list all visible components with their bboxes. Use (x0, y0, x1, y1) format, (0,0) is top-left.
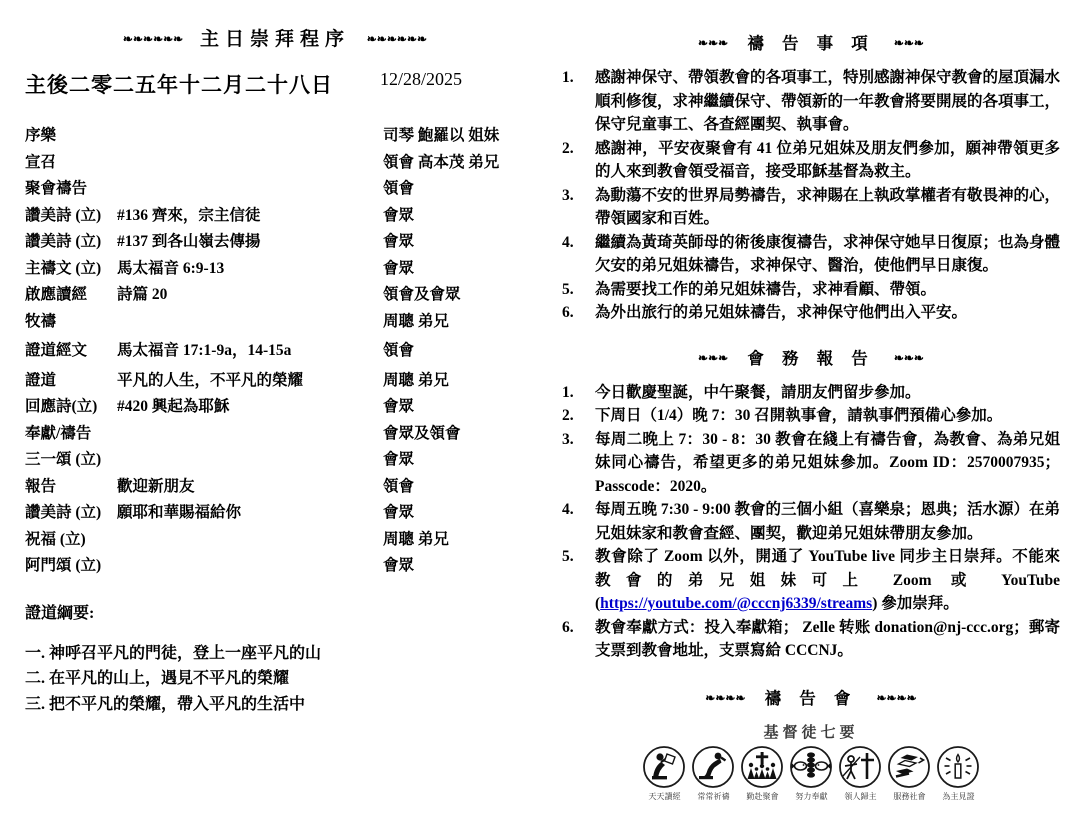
prayer-text: 為外出旅行的弟兄姐妹禱告，求神保守他們出入平安。 (595, 301, 1060, 325)
item-number: 1. (562, 381, 595, 405)
program-who: 周聰 弟兄 (383, 368, 525, 390)
page-title-text: 主日崇拜程序 (200, 29, 350, 50)
program-row: 三一頌 (立)會眾 (25, 447, 525, 474)
seven-item-evangelism: 領人歸主 (837, 745, 884, 802)
offering-icon (789, 745, 833, 789)
item-number: 3. (562, 428, 595, 499)
program-who: 會眾 (383, 553, 525, 575)
floral-ornament-icon: ❧❧❧❧❧❧ (123, 32, 183, 46)
program-row: 啟應讀經詩篇 20領會及會眾 (25, 282, 525, 309)
prayer-text: 為需要找工作的弟兄姐妹禱告，求神看顧、帶領。 (595, 278, 1060, 302)
item-number: 2. (562, 404, 595, 428)
church-affairs-header: ❧❧❧ 會 務 報 告 ❧❧❧ (562, 345, 1060, 369)
text-segment: 為需要找工作的弟兄姐妹禱告，求神看顧、帶領。 (595, 281, 936, 298)
floral-ornament-icon: ❧❧❧❧ (705, 691, 745, 705)
seven-essentials-icons: 天天讀經 常常祈禱 (562, 745, 1060, 802)
text-segment: 繼續為黃琦英師母的術後康復禱告，求神保守她早日復原；也為身體欠安的弟兄姐妹禱告，… (595, 234, 1060, 275)
program-detail: 詩篇 20 (117, 282, 383, 304)
program-row: 證道平凡的人生，不平凡的榮耀周聰 弟兄 (25, 368, 525, 395)
program-row: 祝福 (立)周聰 弟兄 (25, 527, 525, 554)
program-detail: #137 到各山嶺去傳揚 (117, 229, 383, 251)
text-segment: 為動蕩不安的世界局勢禱告，求神賜在上執政掌權者有敬畏神的心，帶領國家和百姓。 (595, 187, 1060, 228)
program-row: 聚會禱告領會 (25, 176, 525, 203)
announcement-item: 4.每周五晚 7:30 - 9:00 教會的三個小組（喜樂泉；恩典；活水源）在弟… (562, 498, 1060, 545)
program-item: 主禱文 (立) (25, 256, 117, 278)
text-segment: 下周日（1/4）晚 7：30 召開執事會，請執事們預備心參加。 (595, 407, 1002, 424)
prayer-text: 感謝神，平安夜聚會有 41 位弟兄姐妹及朋友們參加，願神帶領更多的人來到教會領受… (595, 137, 1060, 184)
announcement-item: 5.教會除了 Zoom 以外，開通了 YouTube live 同步主日崇拜。不… (562, 545, 1060, 616)
program-who: 領會 (383, 176, 525, 198)
announcement-text: 教會除了 Zoom 以外，開通了 YouTube live 同步主日崇拜。不能來… (595, 545, 1060, 616)
program-who: 領會 (383, 338, 525, 360)
prayer-item: 5.為需要找工作的弟兄姐妹禱告，求神看顧、帶領。 (562, 278, 1060, 302)
item-number: 5. (562, 545, 595, 616)
seven-item-label: 領人歸主 (838, 790, 883, 801)
program-item: 祝福 (立) (25, 527, 117, 549)
program-row: 宣召領會 高本茂 弟兄 (25, 150, 525, 177)
seven-item-offering: 努力奉獻 (788, 745, 835, 802)
date-numeric: 12/28/2025 (380, 69, 462, 90)
program-item: 宣召 (25, 150, 117, 172)
seven-item-serving: 服務社會 (886, 745, 933, 802)
announcement-text: 今日歡慶聖誕，中午聚餐，請朋友們留步參加。 (595, 381, 1060, 405)
item-number: 3. (562, 184, 595, 231)
program-row: 阿門頌 (立)會眾 (25, 553, 525, 580)
program-row: 奉獻/禱告會眾及領會 (25, 421, 525, 448)
program-who: 司琴 鮑羅以 姐妹 (383, 123, 525, 145)
bulletin-page: ❧❧❧❧❧❧ 主日崇拜程序 ❧❧❧❧❧❧ 主後二零二五年十二月二十八日 12/2… (0, 0, 1081, 817)
seven-item-witness: 為主見證 (935, 745, 982, 802)
evangelism-icon (838, 745, 882, 789)
floral-ornament-icon: ❧❧❧ (894, 351, 924, 365)
floral-ornament-icon: ❧❧❧ (894, 36, 924, 50)
prayer-item: 4.繼續為黃琦英師母的術後康復禱告，求神保守她早日復原；也為身體欠安的弟兄姐妹禱… (562, 231, 1060, 278)
program-row: 序樂司琴 鮑羅以 姐妹 (25, 123, 525, 150)
worship-program-column: ❧❧❧❧❧❧ 主日崇拜程序 ❧❧❧❧❧❧ 主後二零二五年十二月二十八日 12/2… (25, 24, 525, 717)
program-item: 聚會禱告 (25, 176, 117, 198)
floral-ornament-icon: ❧❧❧❧ (877, 691, 917, 705)
program-detail: #420 興起為耶穌 (117, 394, 383, 416)
item-number: 1. (562, 66, 595, 137)
program-item: 讚美詩 (立) (25, 203, 117, 225)
youtube-link[interactable]: https://youtube.com/@cccnj6339/streams (600, 595, 872, 612)
text-segment: 每周五晚 7:30 - 9:00 教會的三個小組（喜樂泉；恩典；活水源）在弟兄姐… (595, 501, 1060, 542)
program-who: 會眾 (383, 447, 525, 469)
program-detail: 願耶和華賜福給你 (117, 500, 383, 522)
church-affairs-header-text: 會 務 報 告 (747, 349, 874, 368)
prayer-meeting-header-text: 禱 告 會 (765, 689, 858, 708)
prayer-items-header: ❧❧❧ 禱 告 事 項 ❧❧❧ (562, 30, 1060, 54)
floral-ornament-icon: ❧❧❧ (698, 351, 728, 365)
program-item: 奉獻/禱告 (25, 421, 117, 443)
prayer-text: 感謝神保守、帶領教會的各項事工，特別感謝神保守教會的屋頂漏水順利修復，求神繼續保… (595, 66, 1060, 137)
announcement-text: 每周二晚上 7：30 - 8：30 教會在綫上有禱告會，為教會、為弟兄姐妹同心禱… (595, 428, 1060, 499)
announcement-text: 教會奉獻方式：投入奉獻箱； Zelle 转账 donation@nj-ccc.o… (595, 616, 1060, 663)
program-who: 會眾及領會 (383, 421, 525, 443)
floral-ornament-icon: ❧❧❧❧❧❧ (367, 32, 427, 46)
text-segment: 教會奉獻方式：投入奉獻箱； Zelle 转账 donation@nj-ccc.o… (595, 619, 1060, 660)
sermon-outline-title: 證道綱要: (25, 600, 525, 623)
announcement-text: 下周日（1/4）晚 7：30 召開執事會，請執事們預備心參加。 (595, 404, 1060, 428)
program-item: 讚美詩 (立) (25, 229, 117, 251)
page-title: ❧❧❧❧❧❧ 主日崇拜程序 ❧❧❧❧❧❧ (25, 24, 525, 51)
program-who: 會眾 (383, 394, 525, 416)
program-item: 三一頌 (立) (25, 447, 117, 469)
text-segment: 感謝神保守、帶領教會的各項事工，特別感謝神保守教會的屋頂漏水順利修復，求神繼續保… (595, 69, 1060, 133)
item-number: 2. (562, 137, 595, 184)
reading-icon (642, 745, 686, 789)
program-detail: #136 齊來，宗主信徒 (117, 203, 383, 225)
program-who: 會眾 (383, 500, 525, 522)
program-who: 領會及會眾 (383, 282, 525, 304)
seven-item-label: 勤赴聚會 (740, 790, 785, 801)
program-row: 回應詩(立)#420 興起為耶穌會眾 (25, 394, 525, 421)
prayer-item: 3.為動蕩不安的世界局勢禱告，求神賜在上執政掌權者有敬畏神的心，帶領國家和百姓。 (562, 184, 1060, 231)
praying-icon (691, 745, 735, 789)
church-affairs-list: 1.今日歡慶聖誕，中午聚餐，請朋友們留步參加。2.下周日（1/4）晚 7：30 … (562, 381, 1060, 663)
program-who: 會眾 (383, 256, 525, 278)
program-item: 證道 (25, 368, 117, 390)
prayer-item: 6.為外出旅行的弟兄姐妹禱告，求神保守他們出入平安。 (562, 301, 1060, 325)
text-segment: 今日歡慶聖誕，中午聚餐，請朋友們留步參加。 (595, 384, 921, 401)
text-segment: 為外出旅行的弟兄姐妹禱告，求神保守他們出入平安。 (595, 304, 967, 321)
announcement-item: 1.今日歡慶聖誕，中午聚餐，請朋友們留步參加。 (562, 381, 1060, 405)
announcements-column: ❧❧❧ 禱 告 事 項 ❧❧❧ 1.感謝神保守、帶領教會的各項事工，特別感謝神保… (562, 30, 1060, 802)
announcement-item: 2.下周日（1/4）晚 7：30 召開執事會，請執事們預備心參加。 (562, 404, 1060, 428)
prayer-text: 繼續為黃琦英師母的術後康復禱告，求神保守她早日復原；也為身體欠安的弟兄姐妹禱告，… (595, 231, 1060, 278)
program-row: 報告歡迎新朋友領會 (25, 474, 525, 501)
date-chinese: 主後二零二五年十二月二十八日 (25, 73, 333, 97)
program-item: 牧禱 (25, 309, 117, 331)
program-row: 讚美詩 (立)#136 齊來，宗主信徒會眾 (25, 203, 525, 230)
outline-point: 三. 把不平凡的榮耀，帶入平凡的生活中 (25, 692, 525, 718)
seven-item-label: 努力奉獻 (789, 790, 834, 801)
prayer-items-header-text: 禱 告 事 項 (747, 34, 874, 53)
item-number: 6. (562, 616, 595, 663)
prayer-text: 為動蕩不安的世界局勢禱告，求神賜在上執政掌權者有敬畏神的心，帶領國家和百姓。 (595, 184, 1060, 231)
announcement-text: 每周五晚 7:30 - 9:00 教會的三個小組（喜樂泉；恩典；活水源）在弟兄姐… (595, 498, 1060, 545)
item-number: 6. (562, 301, 595, 325)
program-item: 讚美詩 (立) (25, 500, 117, 522)
seven-item-label: 天天讀經 (642, 790, 687, 801)
seven-essentials-title: 基督徒七要 (562, 721, 1060, 742)
announcement-item: 3.每周二晚上 7：30 - 8：30 教會在綫上有禱告會，為教會、為弟兄姐妹同… (562, 428, 1060, 499)
program-who: 領會 (383, 474, 525, 496)
program-who: 會眾 (383, 229, 525, 251)
serving-icon (887, 745, 931, 789)
seven-essentials: 基督徒七要 天天讀經 (562, 721, 1060, 802)
program-who: 領會 高本茂 弟兄 (383, 150, 525, 172)
program-detail: 平凡的人生，不平凡的榮耀 (117, 368, 383, 390)
program-row: 讚美詩 (立)願耶和華賜福給你會眾 (25, 500, 525, 527)
seven-item-label: 常常祈禱 (691, 790, 736, 801)
text-segment: 每周二晚上 7：30 - 8：30 教會在綫上有禱告會，為教會、為弟兄姐妹同心禱… (595, 431, 1060, 495)
program-row: 讚美詩 (立)#137 到各山嶺去傳揚會眾 (25, 229, 525, 256)
program-item: 回應詩(立) (25, 394, 117, 416)
prayer-item: 1.感謝神保守、帶領教會的各項事工，特別感謝神保守教會的屋頂漏水順利修復，求神繼… (562, 66, 1060, 137)
seven-item-label: 服務社會 (887, 790, 932, 801)
text-segment: 感謝神，平安夜聚會有 41 位弟兄姐妹及朋友們參加，願神帶領更多的人來到教會領受… (595, 140, 1060, 181)
program-item: 序樂 (25, 123, 117, 145)
program-row: 牧禱周聰 弟兄 (25, 309, 525, 336)
program-detail: 馬太福音 6:9-13 (117, 256, 383, 278)
program-detail: 馬太福音 17:1-9a，14-15a (117, 338, 383, 360)
program-who: 周聰 弟兄 (383, 527, 525, 549)
seven-item-reading: 天天讀經 (641, 745, 688, 802)
seven-item-praying: 常常祈禱 (690, 745, 737, 802)
outline-point: 一. 神呼召平凡的門徒，登上一座平凡的山 (25, 641, 525, 667)
program-item: 啟應讀經 (25, 282, 117, 304)
prayer-items-list: 1.感謝神保守、帶領教會的各項事工，特別感謝神保守教會的屋頂漏水順利修復，求神繼… (562, 66, 1060, 325)
seven-item-label: 為主見證 (936, 790, 981, 801)
church-attendance-icon (740, 745, 784, 789)
program-who: 周聰 弟兄 (383, 309, 525, 331)
item-number: 5. (562, 278, 595, 302)
program-detail: 歡迎新朋友 (117, 474, 383, 496)
sermon-outline: 一. 神呼召平凡的門徒，登上一座平凡的山 二. 在平凡的山上，遇見不平凡的榮耀 … (25, 641, 525, 718)
prayer-item: 2.感謝神，平安夜聚會有 41 位弟兄姐妹及朋友們參加，願神帶領更多的人來到教會… (562, 137, 1060, 184)
item-number: 4. (562, 231, 595, 278)
program-list: 序樂司琴 鮑羅以 姐妹宣召領會 高本茂 弟兄聚會禱告領會讚美詩 (立)#136 … (25, 123, 525, 580)
program-item: 報告 (25, 474, 117, 496)
outline-point: 二. 在平凡的山上，遇見不平凡的榮耀 (25, 666, 525, 692)
seven-item-attendance: 勤赴聚會 (739, 745, 786, 802)
program-item: 阿門頌 (立) (25, 553, 117, 575)
text-segment: ) 參加崇拜。 (872, 595, 959, 612)
witness-icon (936, 745, 980, 789)
program-row: 主禱文 (立)馬太福音 6:9-13會眾 (25, 256, 525, 283)
program-who: 會眾 (383, 203, 525, 225)
prayer-meeting-header: ❧❧❧❧ 禱 告 會 ❧❧❧❧ (562, 685, 1060, 709)
floral-ornament-icon: ❧❧❧ (698, 36, 728, 50)
date-row: 主後二零二五年十二月二十八日 12/28/2025 (25, 69, 525, 101)
program-row: 證道經文馬太福音 17:1-9a，14-15a領會 (25, 338, 525, 365)
program-item: 證道經文 (25, 338, 117, 360)
announcement-item: 6.教會奉獻方式：投入奉獻箱； Zelle 转账 donation@nj-ccc… (562, 616, 1060, 663)
item-number: 4. (562, 498, 595, 545)
